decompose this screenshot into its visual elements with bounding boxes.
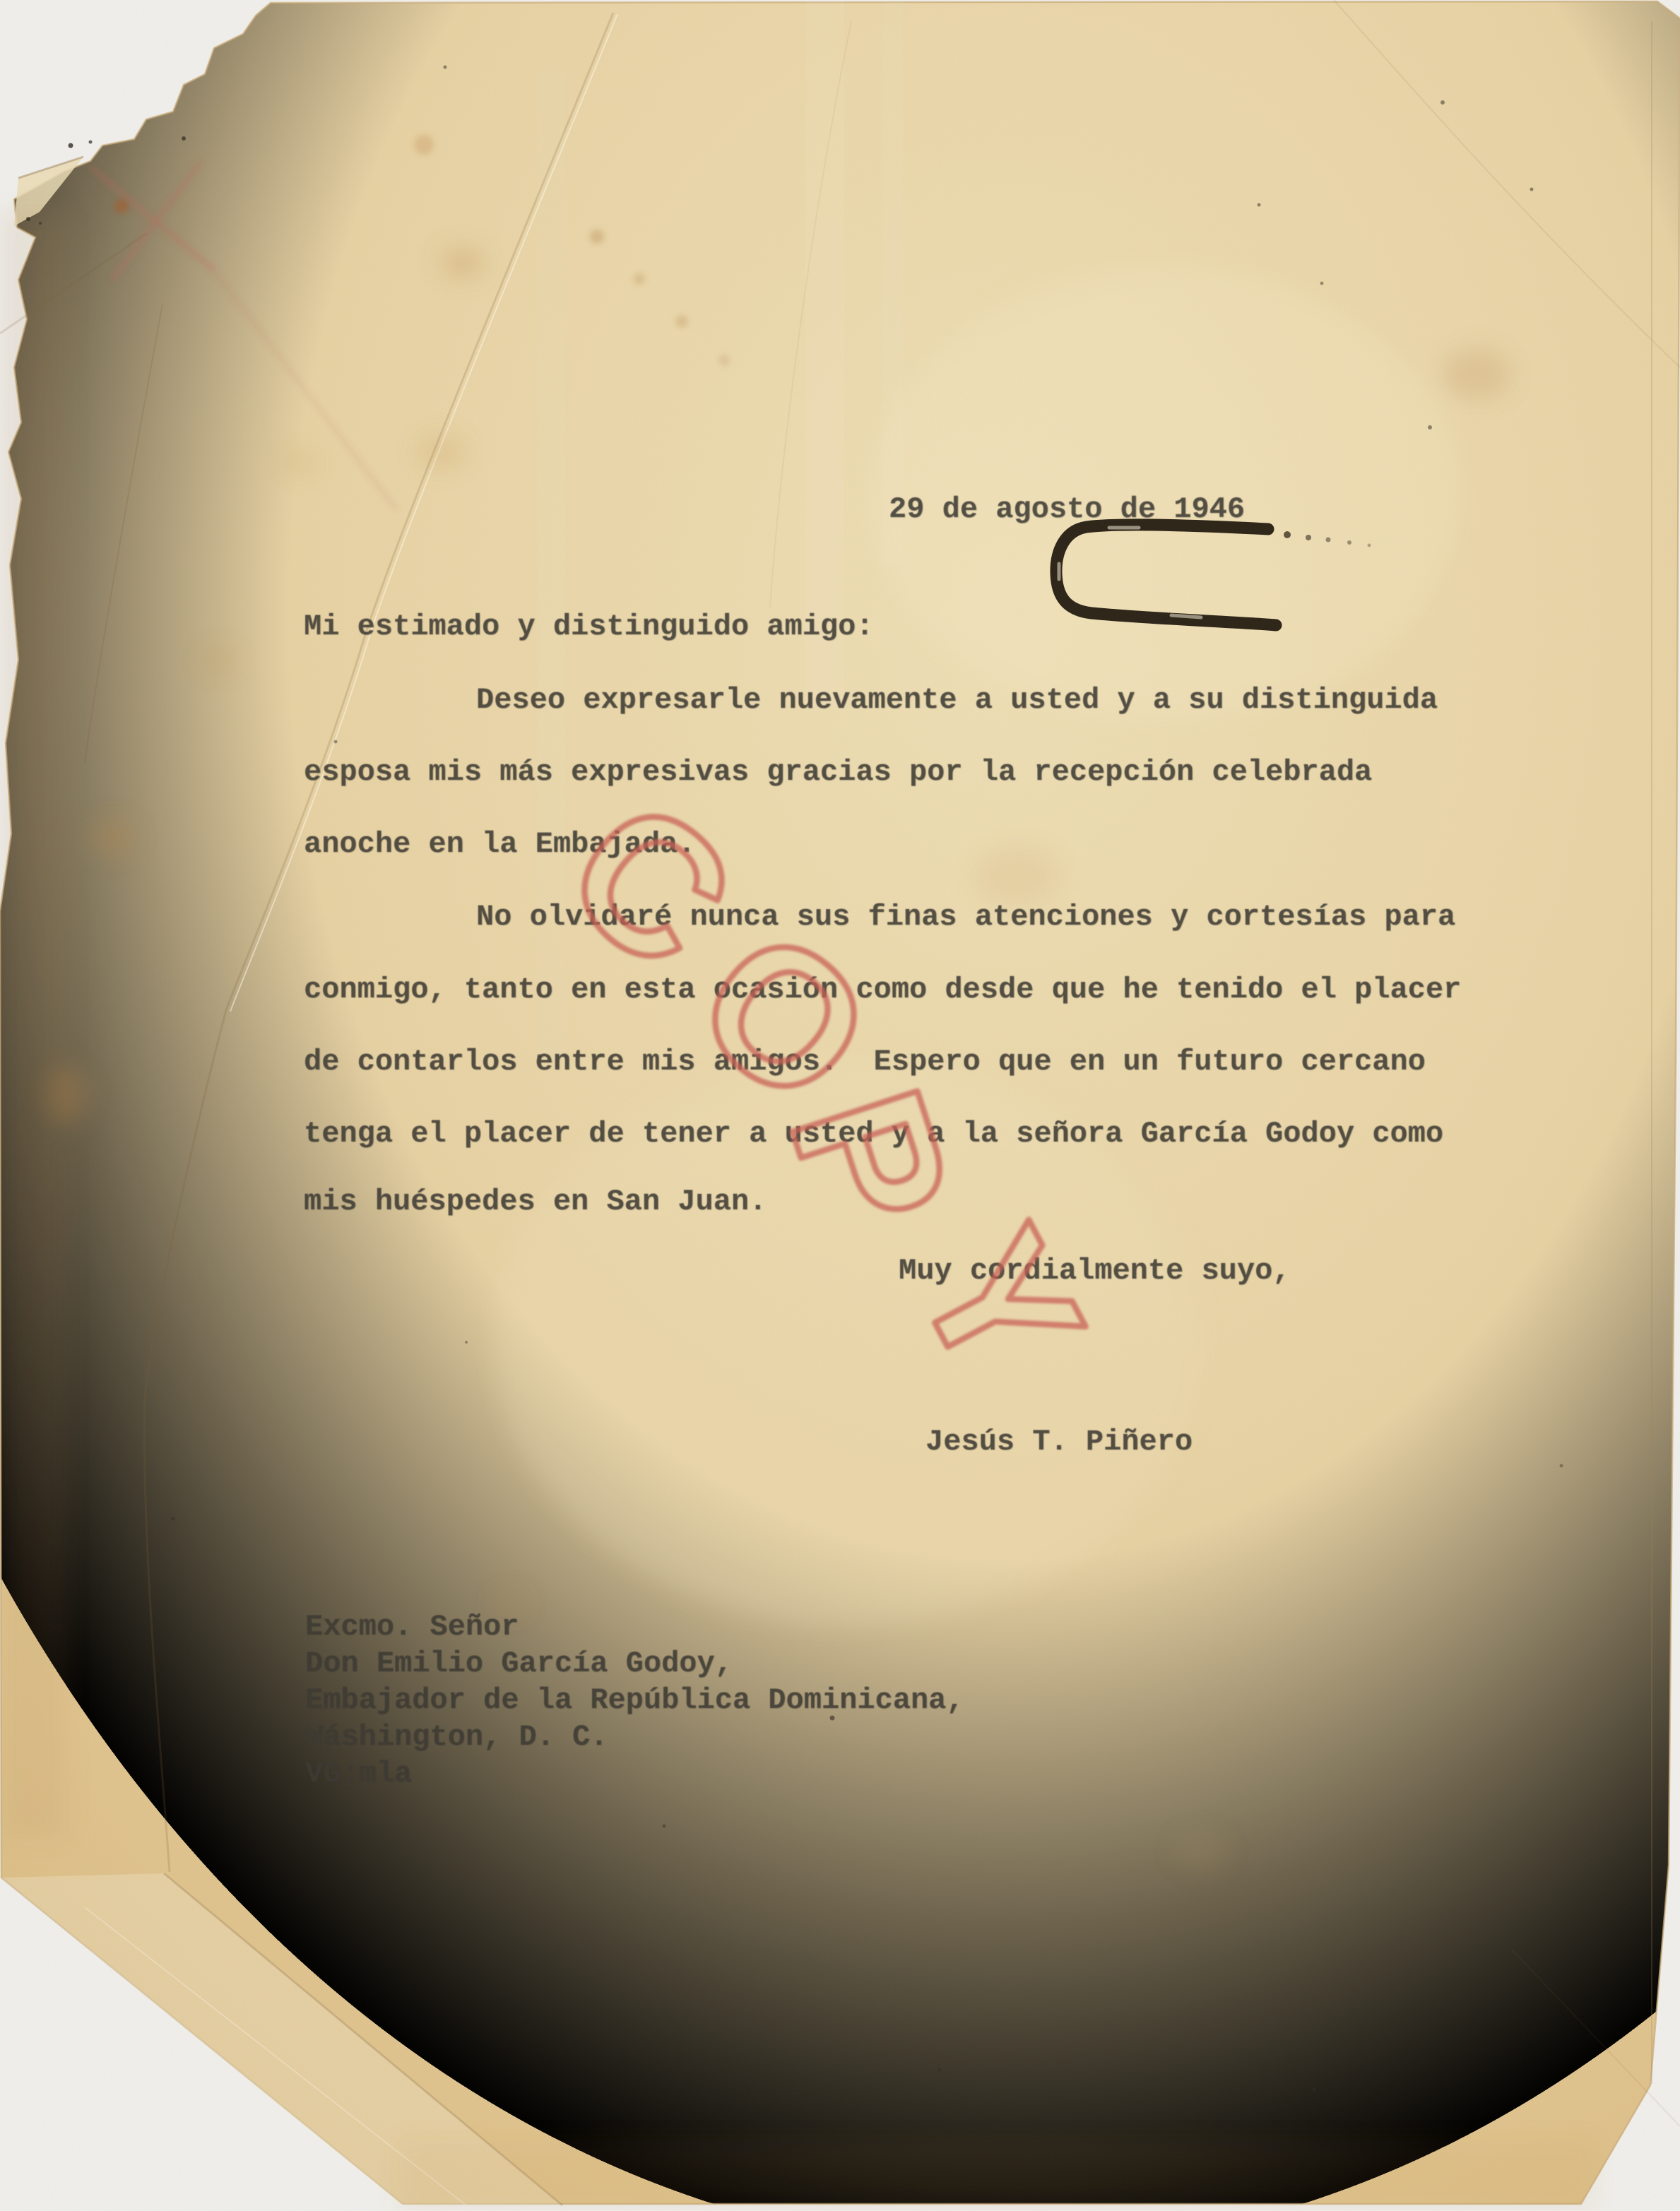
scanned-letter-page: 29 de agosto de 1946 Mi estimado y disti… — [0, 0, 1680, 2211]
overlay-marks-layer: C O P Y — [0, 0, 1680, 2211]
grain-overlay — [0, 1, 1680, 2204]
